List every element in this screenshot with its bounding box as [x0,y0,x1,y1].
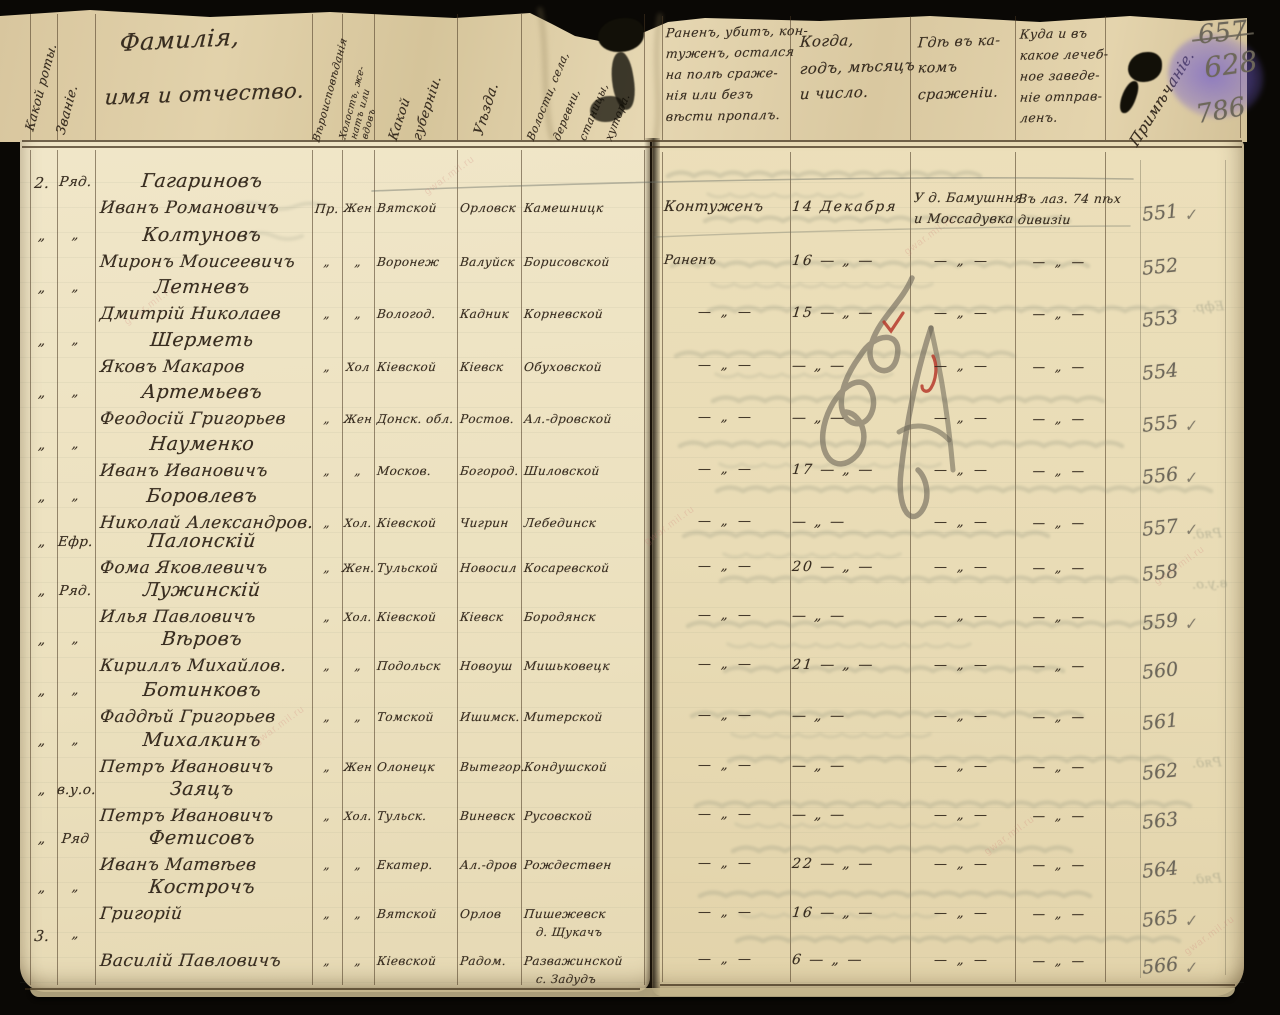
entry-1-hospital: Въ лаз. 74 пѣх [1017,191,1122,206]
entry-13-given: Петръ Ивановичъ [99,806,275,826]
entry-5-battle: — „ — [911,411,1013,426]
entry-4-status: — „ — [663,358,789,373]
entry-14-status: — „ — [663,856,789,871]
entry-1-volost: Камешницк [523,201,604,215]
entry-3-hospital: — „ — [1015,306,1105,321]
entry-11-religion: „ [311,710,342,724]
entry-6-religion: „ [311,464,342,478]
entry-13-rank: в.у.о. [56,782,95,798]
entry-8-marital: Жен. [341,561,374,575]
entry-16-volost: Разважинской [523,954,623,968]
entry-6-status: — „ — [663,462,789,477]
entry-11-province: Томской [376,710,434,724]
entry-14-company: „ [27,831,57,847]
entry-3-battle: — „ — [911,306,1013,321]
entry-13-marital: Хол. [341,809,374,823]
entry-11-hospital: — „ — [1015,709,1105,724]
entry-9-status: — „ — [663,608,789,623]
entry-10-company: „ [27,632,57,648]
header-status: на полѣ сраже- [665,65,779,82]
entry-15-uyezd: Орлов [459,907,502,921]
entry-11-uyezd: Ишимск. [459,710,520,724]
header-status: нія или безъ [665,86,754,103]
entry-13-surname: Заяцъ [94,778,310,800]
entry-7-marital: Хол. [341,516,374,530]
entry-3-religion: „ [311,307,342,321]
entry-1-hospital: дивизіи [1017,212,1072,227]
entry-16-date: 6 — „ — [791,952,864,968]
entry-2-uyezd: Валуйск [459,255,515,269]
entry-15-given: Григорій [99,904,183,924]
entry-13-province: Тульск. [376,809,427,823]
entry-9-battle: — „ — [911,609,1013,624]
header-hospital: ленъ. [1019,110,1058,126]
entry-15-date: 16 — „ — [791,905,875,921]
entry-16-company: 3. [27,927,57,945]
entry-14-province: Екатер. [376,858,433,872]
entry-2-rank: „ [56,228,95,243]
entry-3-marital: „ [341,307,374,321]
entry-1-date: 14 Декабря [791,199,898,215]
entry-13-status: — „ — [663,807,789,822]
entry-15-battle: — „ — [911,906,1013,921]
entry-1-rank: Ряд. [56,174,95,190]
entry-12-province: Олонецк [376,760,436,774]
entry-14-surname: Фетисовъ [94,827,310,849]
entry-15-volost: Пишежевск [523,907,606,921]
entry-8-status: — „ — [663,559,789,574]
entry-2-company: „ [27,228,57,244]
entry-14-volost: Рождествен [523,858,612,872]
header-status: вѣсти пропалъ. [665,107,781,124]
header-when: и число. [799,83,869,103]
scanned-ledger-spread: Какой роты.Званіе.Фамилія,имя и отчество… [0,0,1280,1015]
entry-14-margin-number: 564 [1141,857,1179,883]
entry-13-volost: Русовской [523,809,593,823]
entry-8-given: Фома Яковлевичъ [99,558,269,578]
ghost-rank-mark: Ряд. [1192,871,1222,888]
entry-4-company: „ [27,333,57,349]
entry-15-company: „ [27,880,57,896]
entry-7-surname: Боровлевъ [94,485,310,507]
entry-1-battle: и Моссадувка [913,212,1014,227]
entry-1-margin-number: 551 [1141,200,1179,226]
entry-10-province: Подольск [376,659,441,673]
entry-1-status: Контуженъ [663,199,764,215]
entry-8-hospital: — „ — [1015,560,1105,575]
ghost-rank-mark: Ряд. [1192,526,1222,543]
ghost-rank-mark: Ряд. [1192,755,1222,772]
entry-5-marital: Жен [341,412,374,426]
entry-5-given: Феодосій Григорьев [99,409,287,429]
entry-6-given: Иванъ Ивановичъ [99,461,269,481]
entry-13-battle: — „ — [911,808,1013,823]
entry-3-status: — „ — [663,305,789,320]
entry-8-volost: Косаревской [523,561,610,575]
entry-11-volost: Митерской [523,710,603,724]
entry-6-date: 17 — „ — [791,462,875,478]
entry-15-religion: „ [311,907,342,921]
entry-8-date: 20 — „ — [791,559,875,575]
entry-12-date: — „ — [791,758,847,774]
entry-16-volost-line2: с. Задудъ [535,972,597,986]
entry-8-uyezd: Новосил [459,561,517,575]
entry-11-margin-number: 561 [1141,709,1179,735]
entry-6-marital: „ [341,464,374,478]
entry-6-surname: Науменко [94,433,310,455]
entry-12-given: Петръ Ивановичъ [99,757,275,777]
entry-4-hospital: — „ — [1015,359,1105,374]
entry-15-hospital: — „ — [1015,906,1105,921]
entry-6-margin-check: ✓ [1183,468,1199,488]
entry-5-margin-number: 555 [1141,411,1179,437]
entry-11-date: — „ — [791,708,847,724]
entry-7-rank: „ [56,489,95,504]
entry-15-surname: Кострочъ [94,876,310,898]
entry-7-company: „ [27,489,57,505]
entry-5-province: Донск. обл. [376,412,454,426]
entry-5-religion: „ [311,412,342,426]
entry-6-province: Москов. [376,464,432,478]
entry-4-margin-number: 554 [1141,359,1179,385]
entry-13-uyezd: Виневск [459,809,516,823]
entry-12-status: — „ — [663,758,789,773]
entry-9-uyezd: Кіевск [459,610,504,624]
entry-8-battle: — „ — [911,560,1013,575]
entry-16-margin-check: ✓ [1183,958,1199,978]
entry-11-rank: „ [56,683,95,698]
header-hospital: какое лечеб- [1019,46,1109,63]
header-battle: сраженіи. [917,85,998,104]
entry-9-hospital: — „ — [1015,609,1105,624]
entry-1-marital: Жен [341,201,374,215]
entry-15-province: Вятской [376,907,437,921]
ghost-rank-mark: в.у.о. [1192,576,1228,593]
header-hospital: Куда и въ [1019,25,1088,41]
entry-11-status: — „ — [663,708,789,723]
entry-5-status: — „ — [663,410,789,425]
entry-2-battle: — „ — [911,254,1013,269]
entry-6-volost: Шиловской [523,464,600,478]
entry-10-status: — „ — [663,657,789,672]
entry-13-margin-number: 563 [1141,808,1179,834]
entry-4-date: — „ — [791,358,847,374]
entry-16-margin-number: 566 [1141,953,1179,979]
entry-15-volost-line2: д. Щукачъ [535,925,603,939]
entry-15-margin-check: ✓ [1183,911,1199,931]
entry-9-given: Илья Павловичъ [99,607,257,627]
entry-5-surname: Артемьевъ [94,381,310,403]
entry-5-uyezd: Ростов. [459,412,515,426]
entry-6-company: „ [27,437,57,453]
entry-3-margin-number: 553 [1141,306,1179,332]
entry-16-status: — „ — [663,952,789,967]
entry-8-province: Тульской [376,561,439,575]
entry-5-date: — „ — [791,410,847,426]
entry-10-margin-number: 560 [1141,658,1179,684]
entry-9-margin-number: 559 [1141,609,1179,635]
header-hospital: ное заведе- [1019,67,1100,83]
entry-15-rank: „ [56,880,95,895]
entry-4-religion: „ [311,360,342,374]
entry-11-battle: — „ — [911,709,1013,724]
entry-2-marital: „ [341,255,374,269]
entry-10-marital: „ [341,659,374,673]
entry-4-rank: „ [56,333,95,348]
entry-4-uyezd: Кіевск [459,360,504,374]
entry-12-uyezd: Вытегор. [459,760,526,774]
entry-10-surname: Вѣровъ [94,628,310,650]
entry-5-rank: „ [56,385,95,400]
ghost-rank-mark: Ефр. [1192,299,1225,316]
entry-14-rank: Ряд [56,831,95,847]
entry-12-company: „ [27,733,57,749]
entry-16-uyezd: Радом. [459,954,507,968]
entry-3-surname: Летневъ [94,276,310,298]
entry-6-margin-number: 556 [1141,463,1179,489]
entry-6-hospital: — „ — [1015,463,1105,478]
entry-13-religion: „ [311,809,342,823]
entry-1-company: 2. [27,174,57,192]
entry-10-date: 21 — „ — [791,657,875,673]
entry-2-surname: Колтуновъ [94,224,310,246]
entry-10-rank: „ [56,632,95,647]
entry-9-margin-check: ✓ [1183,614,1199,634]
entry-2-volost: Борисовской [523,255,610,269]
entry-7-date: — „ — [791,514,847,530]
entry-9-surname: Лужинскій [94,579,310,601]
entry-10-hospital: — „ — [1015,658,1105,673]
entry-5-margin-check: ✓ [1183,416,1199,436]
entry-9-religion: „ [311,610,342,624]
entry-14-hospital: — „ — [1015,857,1105,872]
header-status: туженъ, остался [665,44,795,61]
entry-3-rank: „ [56,280,95,295]
entry-4-volost: Обуховской [523,360,602,374]
entry-15-status: — „ — [663,905,789,920]
entry-4-battle: — „ — [911,359,1013,374]
header-status: Раненъ, убитъ, кон- [665,23,809,40]
entry-10-battle: — „ — [911,658,1013,673]
entry-3-province: Вологод. [376,307,436,321]
entry-3-volost: Корневской [523,307,604,321]
entry-8-company: „ [27,534,57,550]
entry-16-hospital: — „ — [1015,953,1105,968]
entry-9-province: Кіевской [376,610,437,624]
entry-1-uyezd: Орловск [459,201,517,215]
entry-2-given: Миронъ Моисеевичъ [99,252,296,272]
entry-12-hospital: — „ — [1015,759,1105,774]
entry-12-religion: „ [311,760,342,774]
entry-5-volost: Ал.-дровской [523,412,612,426]
entry-9-rank: Ряд. [56,583,95,599]
header-battle: Гдѣ въ ка- [917,33,1001,52]
entry-6-uyezd: Богород. [459,464,519,478]
entry-12-margin-number: 562 [1141,759,1179,785]
entry-2-religion: „ [311,255,342,269]
entry-4-province: Кіевской [376,360,437,374]
entry-6-battle: — „ — [911,463,1013,478]
entry-16-battle: — „ — [911,953,1013,968]
entry-7-battle: — „ — [911,515,1013,530]
entry-6-rank: „ [56,437,95,452]
entry-4-marital: Хол [341,360,374,374]
entry-7-religion: „ [311,516,342,530]
entry-14-given: Иванъ Матвѣев [99,855,258,875]
entry-16-marital: „ [341,954,374,968]
entry-2-province: Воронеж [376,255,440,269]
entry-7-volost: Лебединск [523,516,597,530]
entry-9-volost: Бородянск [523,610,596,624]
entry-8-rank: Ефр. [56,534,95,550]
entry-9-date: — „ — [791,608,847,624]
entry-2-status: Раненъ [663,253,717,268]
entry-7-uyezd: Чигрин [459,516,509,530]
entry-11-marital: „ [341,710,374,724]
entry-9-company: „ [27,583,57,599]
entry-3-uyezd: Кадник [459,307,510,321]
entry-16-rank: „ [56,927,95,942]
entry-1-surname: Гагариновъ [94,170,310,192]
entry-16-given: Василій Павловичъ [99,951,282,971]
entry-8-surname: Палонскій [94,530,310,552]
entry-5-company: „ [27,385,57,401]
entry-8-religion: „ [311,561,342,575]
entry-12-battle: — „ — [911,759,1013,774]
entry-1-religion: Пр. [311,201,343,216]
entry-14-battle: — „ — [911,857,1013,872]
entry-2-hospital: — „ — [1015,254,1105,269]
entry-3-date: 15 — „ — [791,305,875,321]
entry-4-surname: Шерметь [94,329,310,351]
entry-10-religion: „ [311,659,342,673]
entry-15-marital: „ [341,907,374,921]
entry-1-given: Иванъ Романовичъ [99,198,280,218]
entry-16-province: Кіевской [376,954,437,968]
entry-12-volost: Кондушской [523,760,608,774]
entry-4-given: Яковъ Макаров [99,357,246,377]
entry-1-margin-check: ✓ [1183,205,1199,225]
entry-2-margin-number: 552 [1141,254,1179,280]
entry-11-surname: Ботинковъ [94,679,310,701]
entry-7-margin-number: 557 [1141,515,1179,541]
header-hospital: ніе отправ- [1019,88,1103,104]
entry-14-date: 22 — „ — [791,856,875,872]
entry-12-rank: „ [56,733,95,748]
entry-10-volost: Мишьковецк [523,659,610,673]
entry-1-battle: У д. Бамушння [913,191,1023,206]
entry-5-hospital: — „ — [1015,411,1105,426]
header-when: Когда, [799,31,854,51]
entry-10-uyezd: Новоуш [459,659,513,673]
entry-7-hospital: — „ — [1015,515,1105,530]
entry-9-marital: Хол. [341,610,374,624]
entry-11-given: Фаддѣй Григорьев [99,707,277,727]
entry-14-uyezd: Ал.-дров [459,858,518,872]
entry-11-company: „ [27,683,57,699]
entry-3-company: „ [27,280,57,296]
entry-7-province: Кіевской [376,516,437,530]
entry-16-religion: „ [311,954,342,968]
entry-14-marital: „ [341,858,374,872]
entry-15-margin-number: 565 [1141,906,1179,932]
entry-14-religion: „ [311,858,342,872]
entry-1-province: Вятской [376,201,437,215]
header-battle: комъ [917,59,958,76]
entry-12-marital: Жен [341,760,374,774]
entry-13-date: — „ — [791,807,847,823]
entry-2-date: 16 — „ — [791,253,875,269]
entry-13-company: „ [27,782,57,798]
entry-10-given: Кириллъ Михайлов. [99,656,288,676]
